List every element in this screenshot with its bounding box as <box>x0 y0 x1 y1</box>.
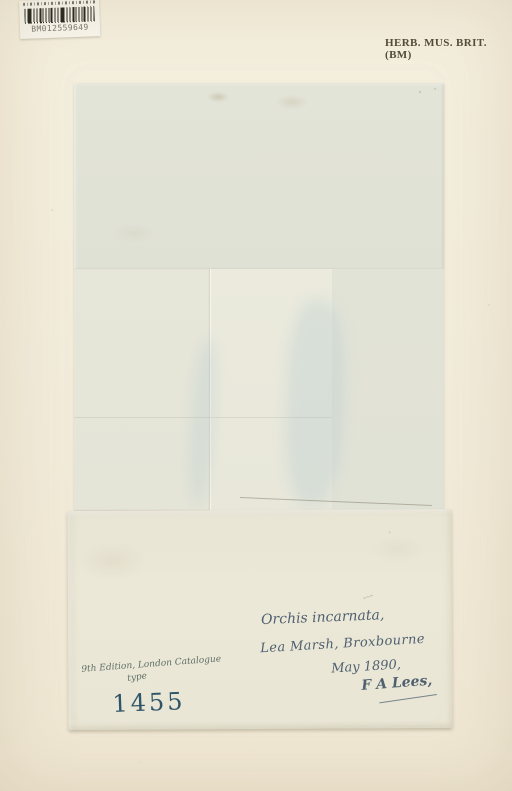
herbarium-stamp: HERB. MUS. BRIT. (BM) <box>385 37 512 61</box>
handwritten-locality: Lea Marsh, Broxbourne <box>260 632 426 656</box>
handwritten-catalogue-note: 9th Edition, London Catalogue <box>81 654 221 674</box>
signature-flourish-line <box>379 694 437 703</box>
collector-signature: F A Lees, <box>361 673 433 694</box>
packet-panel-right <box>332 269 444 510</box>
barcode-label: BM012559649 <box>19 0 100 39</box>
packet-lower-section <box>74 269 444 510</box>
handwritten-species-name: Orchis incarnata, <box>261 607 385 628</box>
handwritten-date: May 1890, <box>331 657 402 676</box>
barcode-number: BM012559649 <box>20 22 100 34</box>
barcode-icon <box>24 6 94 23</box>
handwritten-catalogue-note-sub: type <box>127 671 148 684</box>
label-microtext <box>23 0 95 6</box>
pencil-squiggle-mark: ˜˜˜ <box>362 595 375 608</box>
packet-upper-flap <box>74 83 444 269</box>
herbarium-sheet: BM012559649 HERB. MUS. BRIT. (BM) Orchis… <box>0 0 512 791</box>
catalogue-number: 1455 <box>112 687 186 718</box>
packet-front-band: Orchis incarnata, ˜˜˜ Lea Marsh, Broxbou… <box>67 509 452 730</box>
